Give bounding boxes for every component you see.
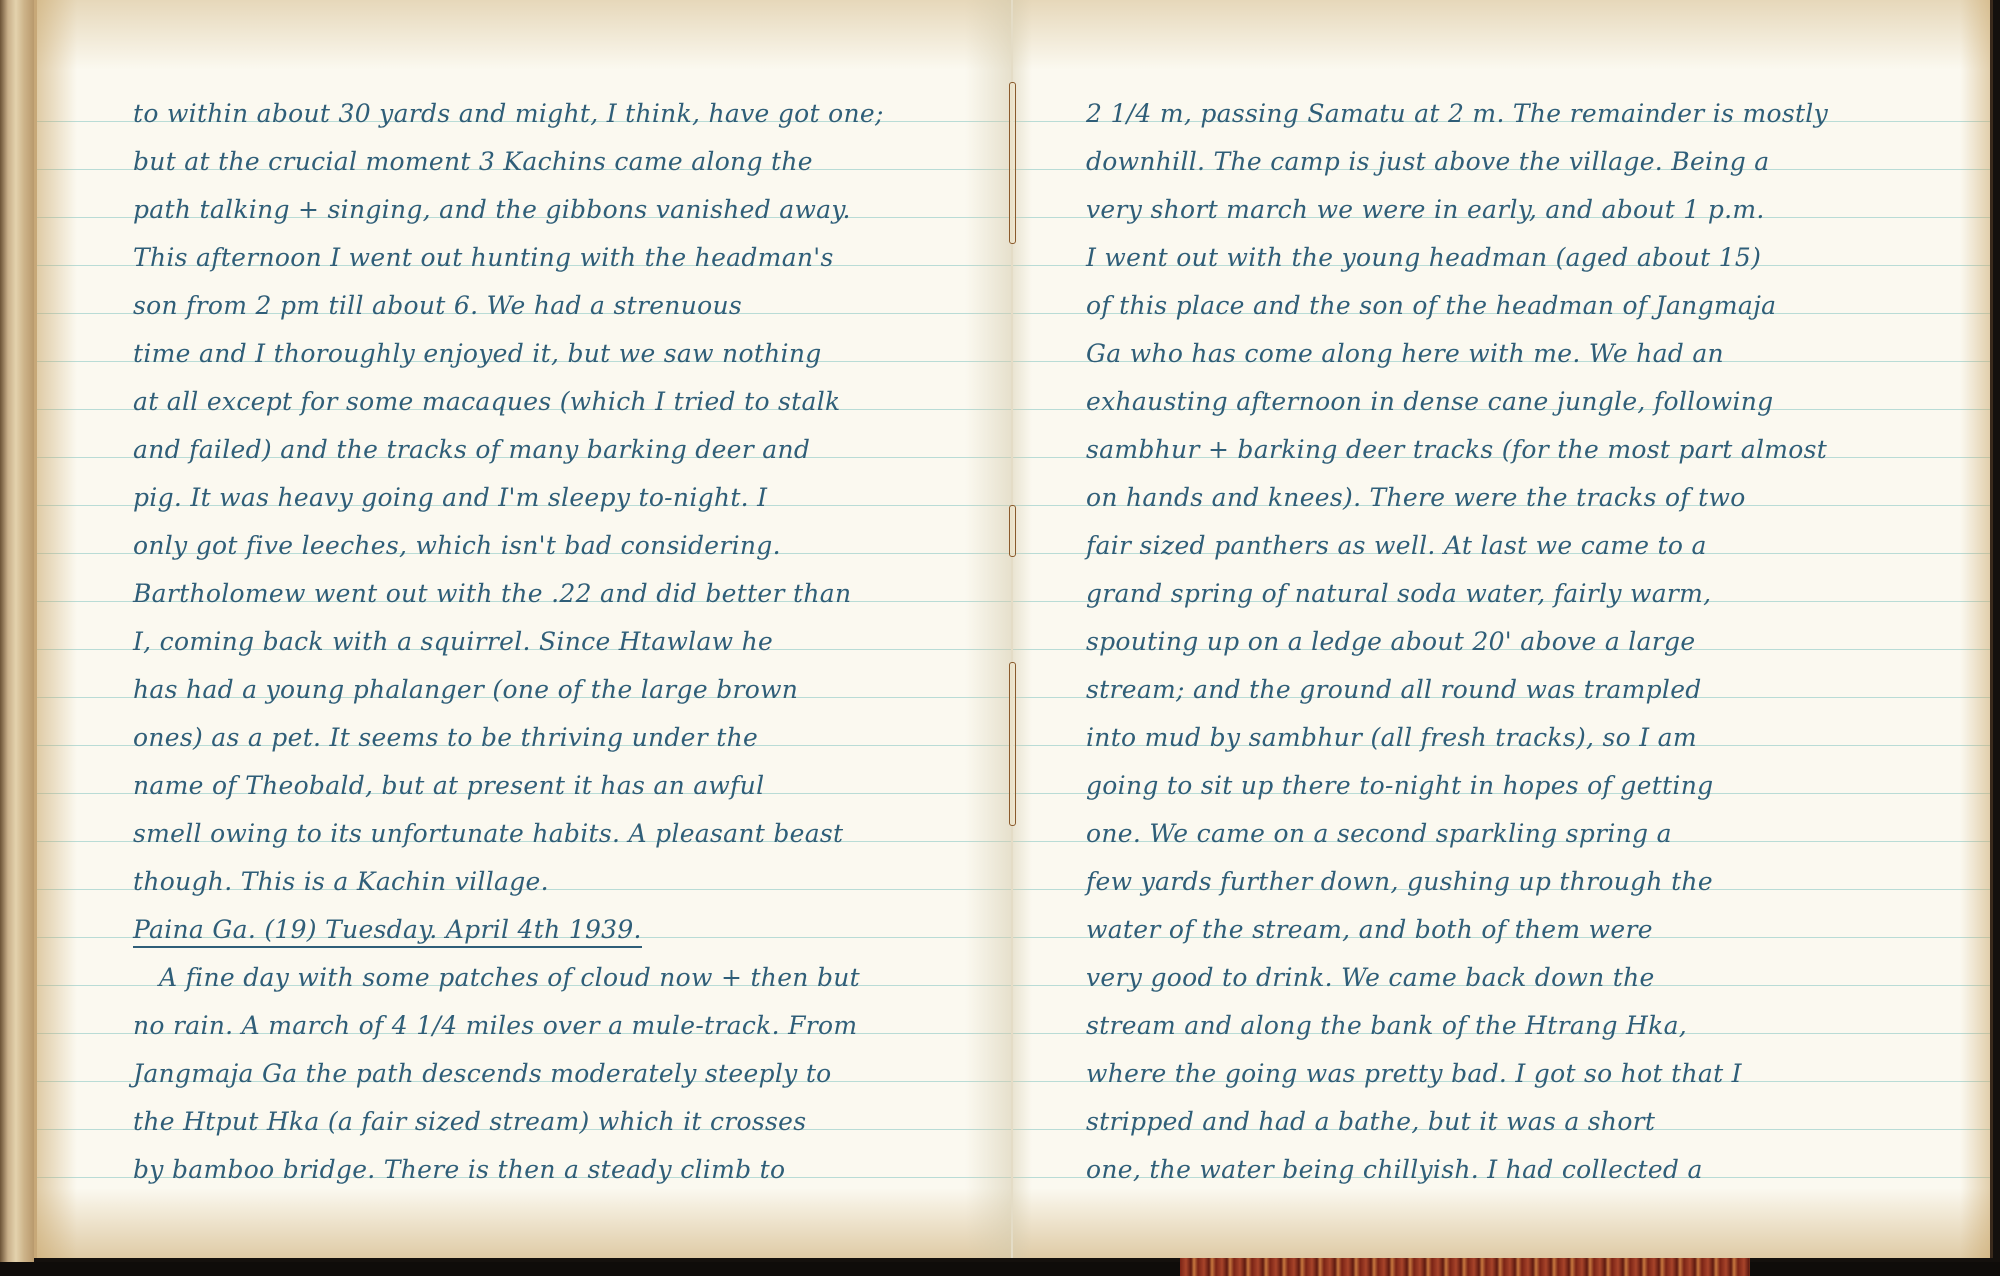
- text-line: pig. It was heavy going and I'm sleepy t…: [133, 474, 1013, 522]
- text-line: into mud by sambhur (all fresh tracks), …: [1086, 714, 1966, 762]
- text-line: of this place and the son of the headman…: [1086, 282, 1966, 330]
- text-line: water of the stream, and both of them we…: [1086, 906, 1966, 954]
- foxing-stain-bottom: [37, 1188, 1015, 1258]
- left-page: to within about 30 yards and might, I th…: [34, 0, 1015, 1258]
- text-line: grand spring of natural soda water, fair…: [1086, 570, 1966, 618]
- text-line: Jangmaja Ga the path descends moderately…: [133, 1050, 1013, 1098]
- text-line: son from 2 pm till about 6. We had a str…: [133, 282, 1013, 330]
- text-line: Bartholomew went out with the .22 and di…: [133, 570, 1013, 618]
- right-page-text: 2 1/4 m, passing Samatu at 2 m. The rema…: [1086, 90, 1966, 1194]
- text-line: to within about 30 yards and might, I th…: [133, 90, 1013, 138]
- binding-stitch: [1009, 82, 1016, 244]
- text-line: only got five leeches, which isn't bad c…: [133, 522, 1013, 570]
- text-line: but at the crucial moment 3 Kachins came…: [133, 138, 1013, 186]
- right-page: 2 1/4 m, passing Samatu at 2 m. The rema…: [1012, 0, 1993, 1258]
- text-line: the Htput Hka (a fair sized stream) whic…: [133, 1098, 1013, 1146]
- text-line: time and I thoroughly enjoyed it, but we…: [133, 330, 1013, 378]
- marbled-endpaper-edge: [1180, 1258, 1750, 1276]
- text-line: by bamboo bridge. There is then a steady…: [133, 1146, 1013, 1194]
- text-line: one. We came on a second sparkling sprin…: [1086, 810, 1966, 858]
- text-line: stripped and had a bathe, but it was a s…: [1086, 1098, 1966, 1146]
- page-edges-left: [0, 0, 34, 1262]
- text-line: smell owing to its unfortunate habits. A…: [133, 810, 1013, 858]
- text-line: one, the water being chillyish. I had co…: [1086, 1146, 1966, 1194]
- entry-heading-text: Paina Ga. (19) Tuesday. April 4th 1939.: [133, 915, 642, 948]
- text-line: spouting up on a ledge about 20' above a…: [1086, 618, 1966, 666]
- text-line: This afternoon I went out hunting with t…: [133, 234, 1013, 282]
- text-line: path talking + singing, and the gibbons …: [133, 186, 1013, 234]
- text-line: has had a young phalanger (one of the la…: [133, 666, 1013, 714]
- text-line: sambhur + barking deer tracks (for the m…: [1086, 426, 1966, 474]
- text-line: exhausting afternoon in dense cane jungl…: [1086, 378, 1966, 426]
- text-line: though. This is a Kachin village.: [133, 858, 1013, 906]
- text-line: fair sized panthers as well. At last we …: [1086, 522, 1966, 570]
- text-line: very short march we were in early, and a…: [1086, 186, 1966, 234]
- text-line: stream; and the ground all round was tra…: [1086, 666, 1966, 714]
- foxing-stain-top: [1012, 0, 1990, 70]
- binding-stitch: [1009, 505, 1016, 557]
- binding-stitch: [1009, 662, 1016, 826]
- text-line: I, coming back with a squirrel. Since Ht…: [133, 618, 1013, 666]
- text-line: very good to drink. We came back down th…: [1086, 954, 1966, 1002]
- entry-heading: Paina Ga. (19) Tuesday. April 4th 1939.: [133, 906, 1013, 954]
- text-line: I went out with the young headman (aged …: [1086, 234, 1966, 282]
- foxing-stain-side: [37, 0, 77, 1258]
- text-line: name of Theobald, but at present it has …: [133, 762, 1013, 810]
- text-line: at all except for some macaques (which I…: [133, 378, 1013, 426]
- text-line: stream and along the bank of the Htrang …: [1086, 1002, 1966, 1050]
- foxing-stain-top: [37, 0, 1015, 70]
- text-line: 2 1/4 m, passing Samatu at 2 m. The rema…: [1086, 90, 1966, 138]
- left-page-text: to within about 30 yards and might, I th…: [133, 90, 1013, 1194]
- text-line: going to sit up there to-night in hopes …: [1086, 762, 1966, 810]
- text-line: on hands and knees). There were the trac…: [1086, 474, 1966, 522]
- text-line: downhill. The camp is just above the vil…: [1086, 138, 1966, 186]
- notebook-spread: to within about 30 yards and might, I th…: [0, 0, 2000, 1276]
- foxing-stain-bottom: [1012, 1188, 1990, 1258]
- text-line: and failed) and the tracks of many barki…: [133, 426, 1013, 474]
- text-line: few yards further down, gushing up throu…: [1086, 858, 1966, 906]
- text-line: Ga who has come along here with me. We h…: [1086, 330, 1966, 378]
- text-line: where the going was pretty bad. I got so…: [1086, 1050, 1966, 1098]
- text-line: A fine day with some patches of cloud no…: [133, 954, 1013, 1002]
- text-line: ones) as a pet. It seems to be thriving …: [133, 714, 1013, 762]
- text-line: no rain. A march of 4 1/4 miles over a m…: [133, 1002, 1013, 1050]
